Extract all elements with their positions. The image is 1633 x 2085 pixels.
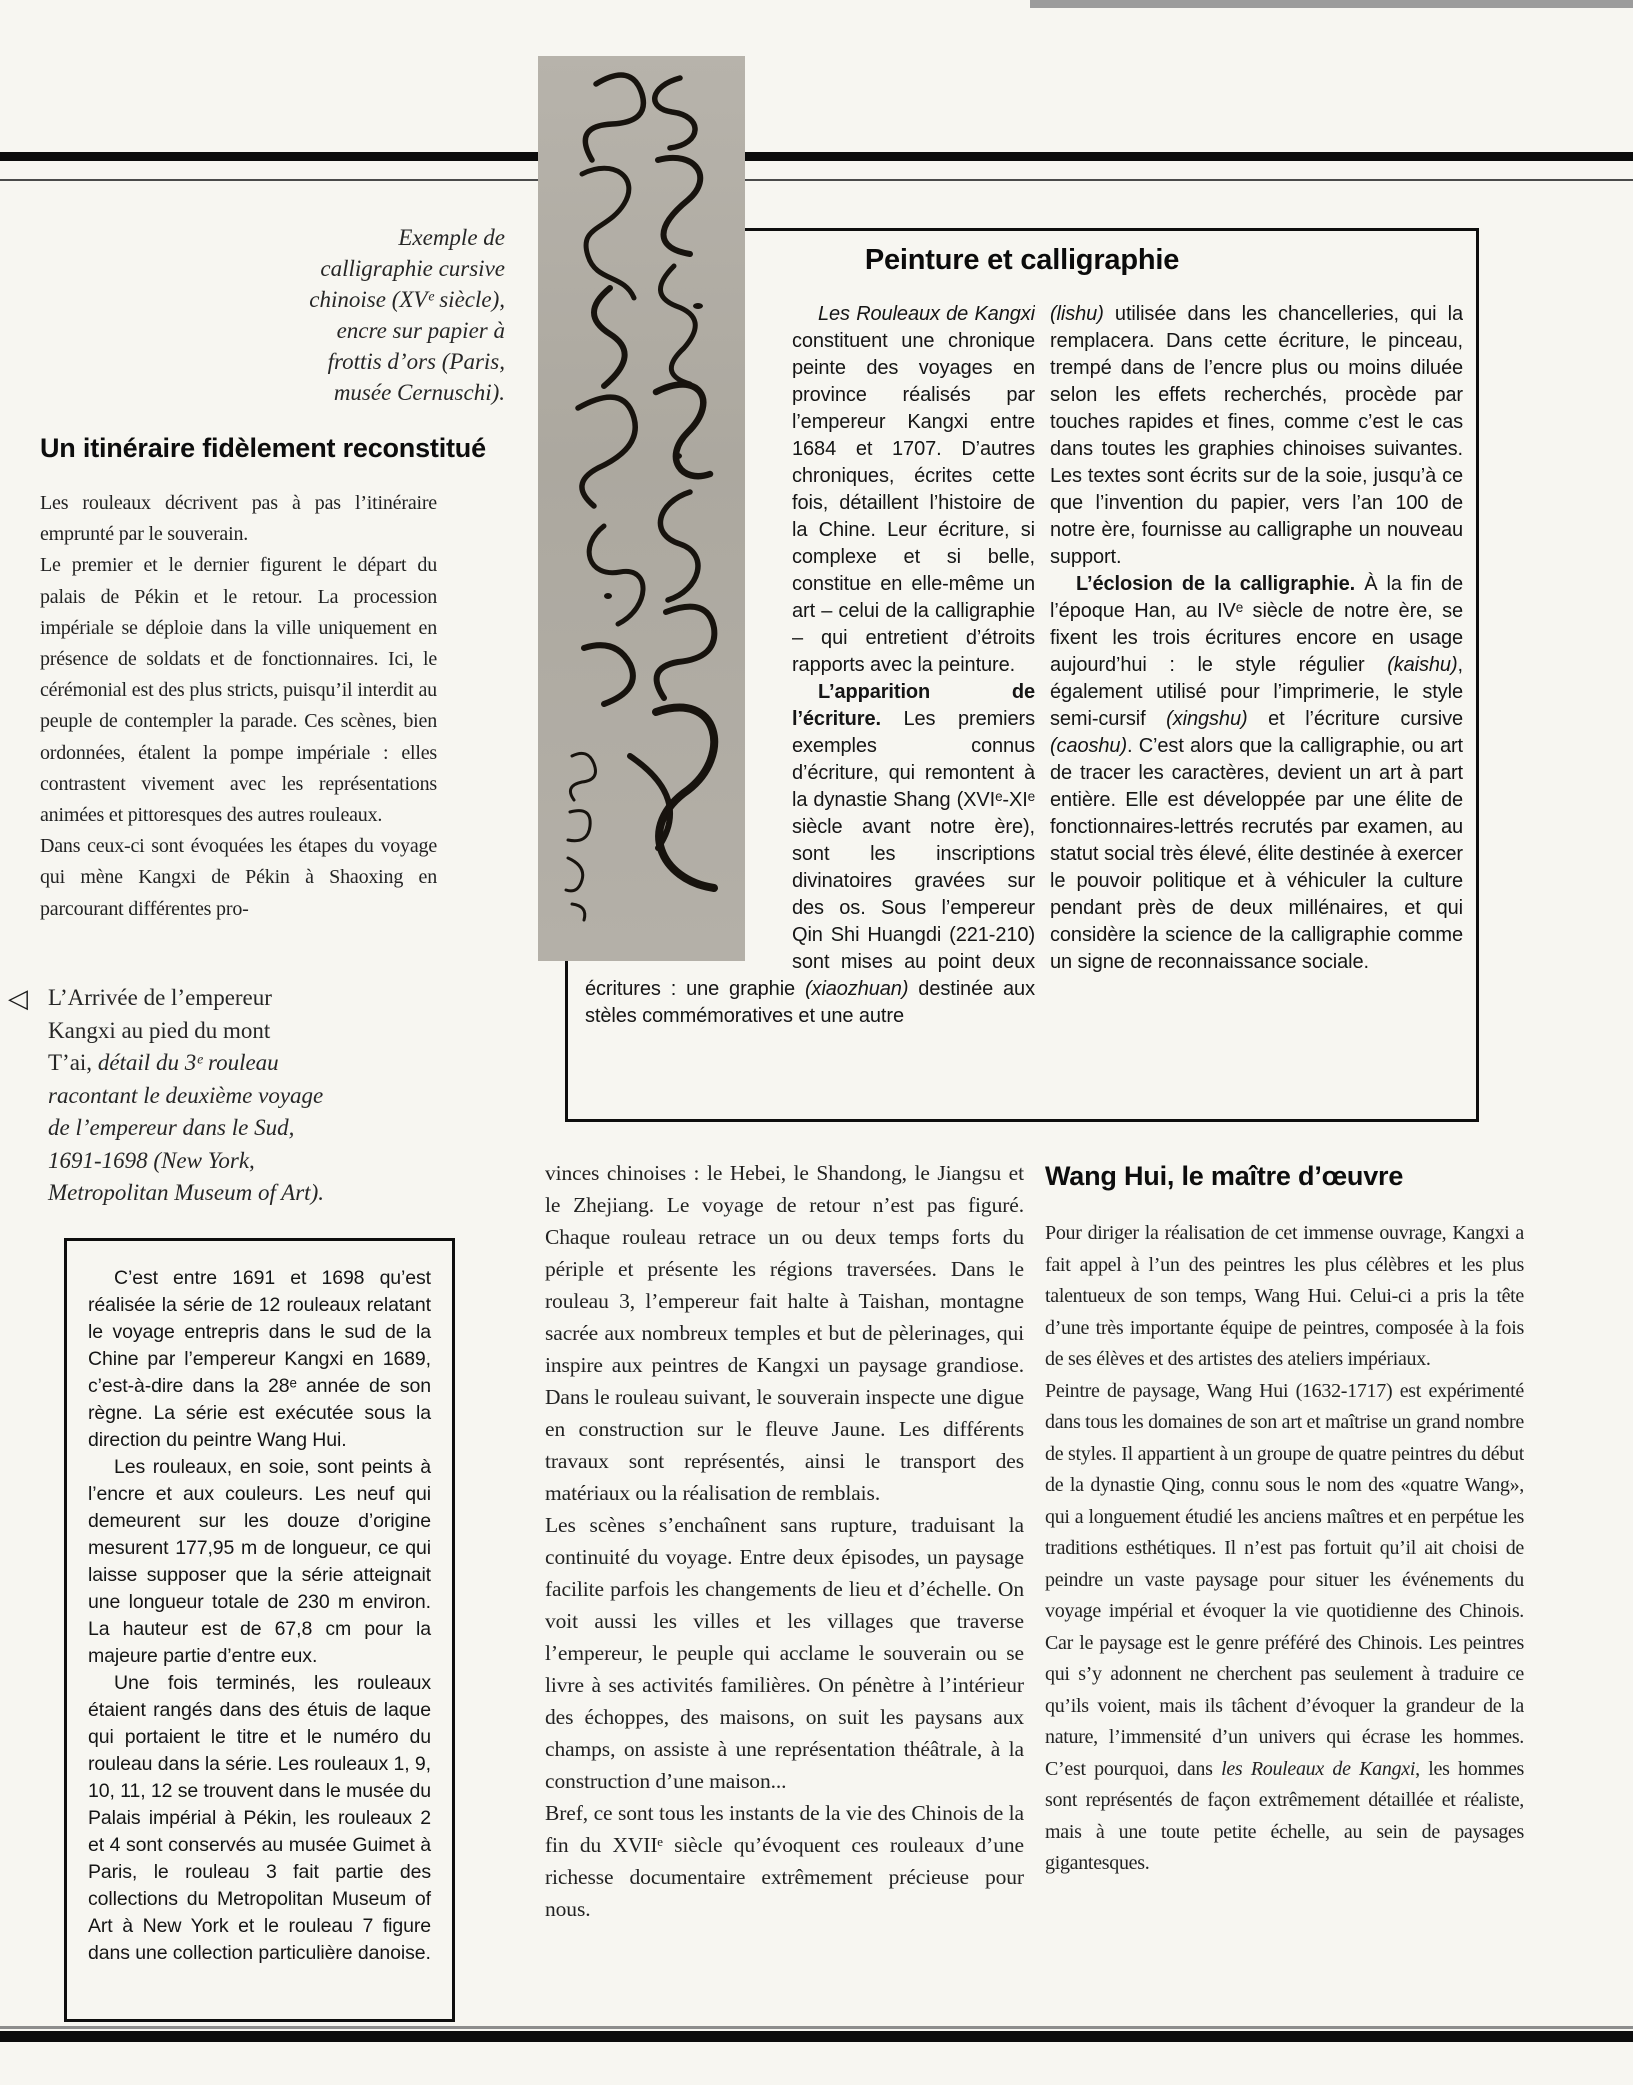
caption-line: frottis d’ors (Paris, — [235, 346, 505, 377]
caption-line: calligraphie cursive — [235, 253, 505, 284]
bottom-gray-rule — [0, 2026, 1633, 2029]
left-triangle-icon: ◁ — [8, 986, 28, 1012]
caption-line: 1691-1698 (New York, — [48, 1145, 338, 1178]
photo-caption: L’Arrivée de l’empereur Kangxi au pied d… — [48, 982, 338, 1210]
paragraph: Le premier et le dernier figurent le dép… — [40, 550, 437, 831]
artwork-caption-top: Exemple de calligraphie cursive chinoise… — [235, 222, 505, 408]
center-column: vinces chinoises : le Hebei, le Shandong… — [545, 1157, 1024, 2020]
scan-artifact-bar — [1030, 0, 1633, 8]
bottom-thick-rule — [0, 2031, 1633, 2042]
calligraphy-image — [538, 56, 745, 961]
caption-line: musée Cernuschi). — [235, 377, 505, 408]
paragraph: Dans ceux-ci sont évoquées les étapes du… — [40, 831, 437, 925]
caption-line: chinoise (XVᵉ siècle), — [235, 284, 505, 315]
right-column-heading: Wang Hui, le maître d’œuvre — [1045, 1161, 1524, 1192]
calligraphy-artwork — [538, 56, 745, 961]
paragraph: Une fois terminés, les rouleaux étaient … — [88, 1670, 431, 1967]
feature-box-column-2: (lishu) utilisée dans les chancelleries,… — [1050, 301, 1463, 1119]
caption-line: T’ai, détail du 3ᵉ rouleau — [48, 1047, 338, 1080]
page: Exemple de calligraphie cursive chinoise… — [0, 0, 1633, 2085]
paragraph: C’est entre 1691 et 1698 qu’est réalisée… — [88, 1265, 431, 1454]
paragraph: Les rouleaux, en soie, sont peints à l’e… — [88, 1454, 431, 1670]
paragraph: vinces chinoises : le Hebei, le Shandong… — [545, 1157, 1024, 1509]
info-box: C’est entre 1691 et 1698 qu’est réalisée… — [64, 1238, 455, 2022]
paragraph: Peintre de paysage, Wang Hui (1632-1717)… — [1045, 1376, 1524, 1880]
paragraph: Les rouleaux décrivent pas à pas l’itiné… — [40, 488, 437, 550]
caption-line: L’Arrivée de l’empereur — [48, 982, 338, 1015]
right-column: Wang Hui, le maître d’œuvre Pour diriger… — [1045, 1157, 1524, 2023]
caption-line: de l’empereur dans le Sud, — [48, 1112, 338, 1145]
paragraph: (lishu) utilisée dans les chancelleries,… — [1050, 301, 1463, 571]
paragraph: Bref, ce sont tous les instants de la vi… — [545, 1797, 1024, 1925]
top-thick-rule — [0, 152, 1633, 161]
paragraph: Pour diriger la réalisation de cet immen… — [1045, 1218, 1524, 1376]
caption-line: encre sur papier à — [235, 315, 505, 346]
caption-line: racontant le deuxième voyage — [48, 1080, 338, 1113]
caption-line: Metropolitan Museum of Art). — [48, 1177, 338, 1210]
caption-line: Exemple de — [235, 222, 505, 253]
paragraph: L’éclosion de la calligraphie. À la fin … — [1050, 571, 1463, 976]
caption-line: Kangxi au pied du mont — [48, 1015, 338, 1048]
right-column-body: Pour diriger la réalisation de cet immen… — [1045, 1218, 1524, 1880]
article-heading: Un itinéraire fidèlement reconstitué — [40, 433, 510, 464]
article-body: Les rouleaux décrivent pas à pas l’itiné… — [40, 488, 437, 925]
top-thin-rule — [0, 179, 1633, 181]
paragraph: Les scènes s’enchaînent sans rupture, tr… — [545, 1509, 1024, 1797]
